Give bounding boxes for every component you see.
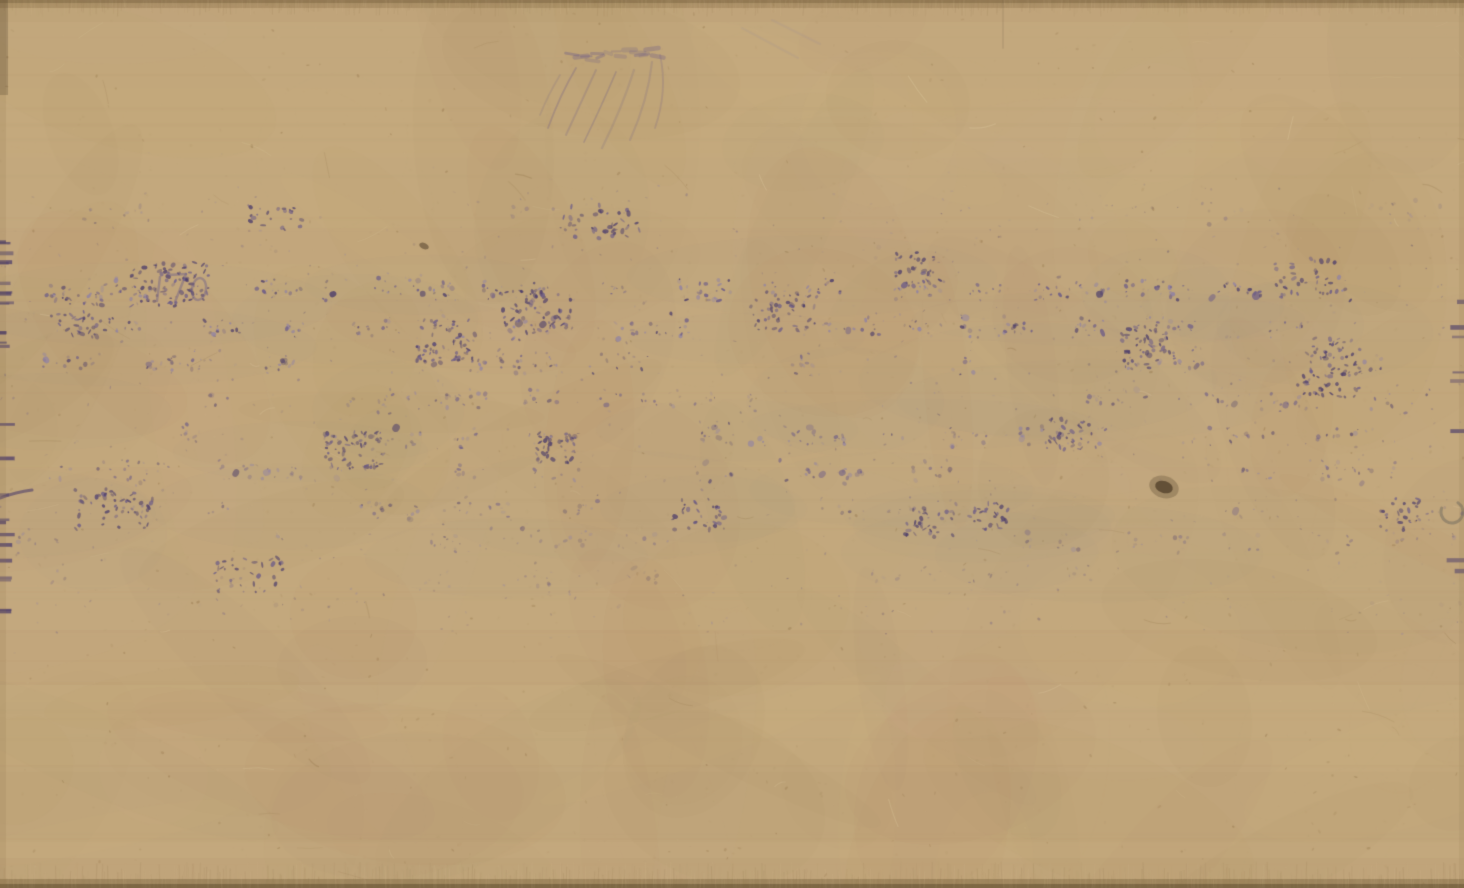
scanned-document [0, 0, 1464, 888]
paper-texture-canvas [0, 0, 1464, 888]
